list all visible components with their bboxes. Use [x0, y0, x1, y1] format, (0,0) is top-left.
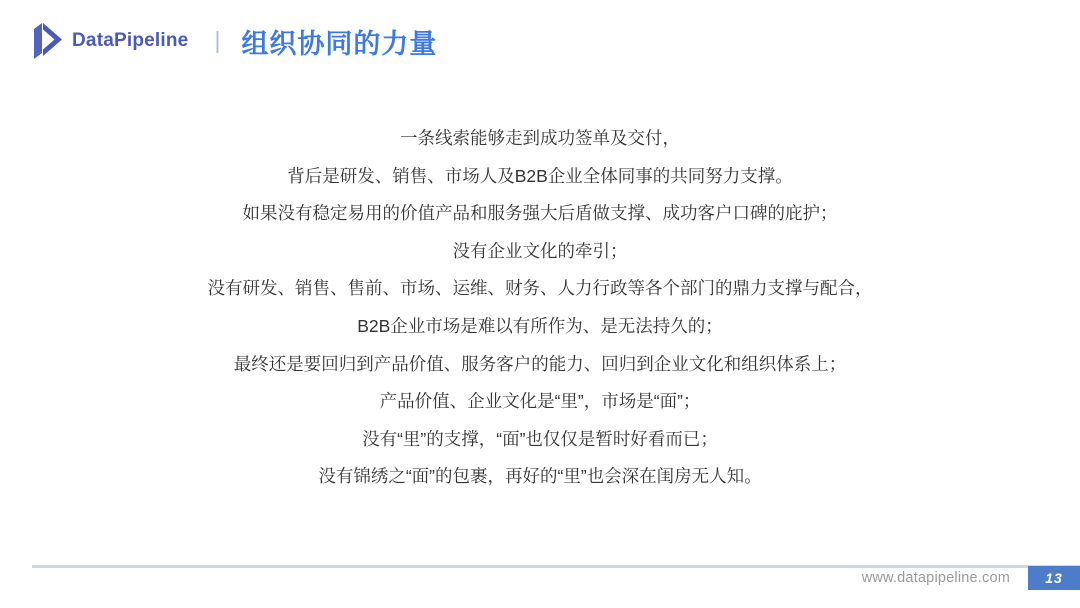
footer-url: www.datapipeline.com [862, 570, 1010, 586]
body-line: 产品价值、企业文化是“里”，市场是“面”； [0, 383, 1080, 421]
body-line: B2B企业市场是难以有所作为、是无法持久的； [0, 308, 1080, 346]
body-line: 如果没有稳定易用的价值产品和服务强大后盾做支撑、成功客户口碑的庇护； [0, 195, 1080, 233]
slide-header: DataPipeline | 组织协同的力量 [30, 20, 437, 62]
body-line: 没有企业文化的牵引； [0, 233, 1080, 271]
header-separator: | [214, 27, 220, 54]
body-line: 背后是研发、销售、市场人及B2B企业全体同事的共同努力支撑。 [0, 158, 1080, 196]
footer-divider [32, 565, 1080, 568]
slide: DataPipeline | 组织协同的力量 一条线索能够走到成功签单及交付， … [0, 0, 1080, 608]
body-line: 一条线索能够走到成功签单及交付， [0, 120, 1080, 158]
datapipeline-logo-icon [30, 21, 64, 61]
page-title: 组织协同的力量 [241, 22, 437, 61]
brand-name: DataPipeline [72, 30, 188, 52]
body-line: 没有锦绣之“面”的包裹，再好的“里”也会深在闺房无人知。 [0, 458, 1080, 496]
body-text-block: 一条线索能够走到成功签单及交付， 背后是研发、销售、市场人及B2B企业全体同事的… [0, 120, 1080, 496]
body-line: 没有“里”的支撑，“面”也仅仅是暂时好看而已； [0, 421, 1080, 459]
body-line: 最终还是要回归到产品价值、服务客户的能力、回归到企业文化和组织体系上； [0, 346, 1080, 384]
page-number-badge: 13 [1028, 566, 1080, 590]
body-line: 没有研发、销售、售前、市场、运维、财务、人力行政等各个部门的鼎力支撑与配合， [0, 270, 1080, 308]
